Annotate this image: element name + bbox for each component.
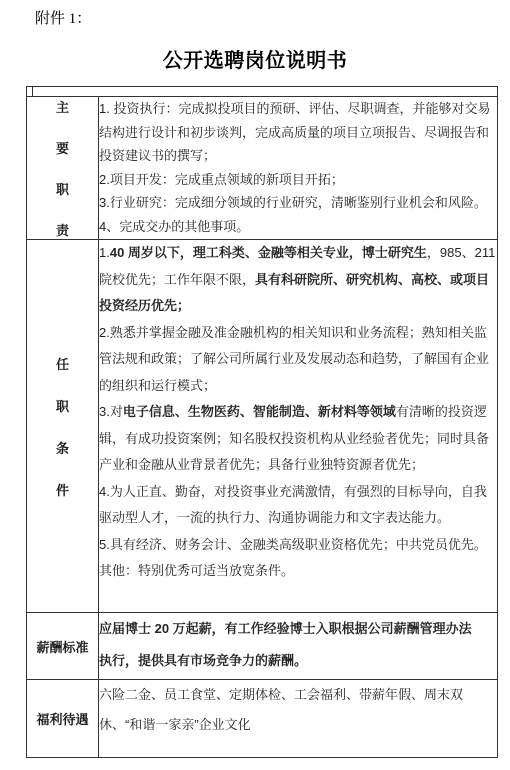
qualifications-label-text: 任职条件 bbox=[27, 240, 98, 612]
text-segment: 应届博士 20 万起薪，有工作经验博士入职根据公司薪酬管理办法 bbox=[99, 621, 472, 636]
text-segment: 2.项目开发：完成重点领域的新项目开拓； bbox=[99, 172, 344, 187]
text-paragraph: 4、完成交办的其他事项。 bbox=[99, 215, 497, 239]
text-paragraph: 2.项目开发：完成重点领域的新项目开拓； bbox=[99, 168, 497, 192]
qualifications-content: 1.40 周岁以下，理工科类、金融等相关专业，博士研究生，985、211 院校优… bbox=[99, 240, 498, 613]
text-paragraph: 1.40 周岁以下，理工科类、金融等相关专业，博士研究生，985、211 院校优… bbox=[99, 240, 497, 320]
text-segment: 电子信息、生物医药、智能制造、新材料等领域 bbox=[123, 404, 396, 419]
spacer-cell-right bbox=[33, 87, 498, 97]
table-row-salary: 薪酬标准 应届博士 20 万起薪，有工作经验博士入职根据公司薪酬管理办法执行，提… bbox=[27, 613, 498, 680]
welfare-label-text: 福利待遇 bbox=[27, 709, 98, 728]
text-paragraph: 1. 投资执行：完成拟投项目的预研、评估、尽职调查，并能够对交易结构进行设计和初… bbox=[99, 97, 497, 168]
text-segment: 3.行业研究：完成细分领域的行业研究，清晰鉴别行业机会和风险。 bbox=[99, 195, 487, 210]
welfare-label: 福利待遇 bbox=[27, 680, 99, 758]
duties-label: 主要职责 bbox=[27, 97, 99, 240]
text-segment: 六险二金、员工食堂、定期体检、工会福利、带薪年假、周末双休、“和谐一家亲”企业文… bbox=[99, 687, 463, 732]
table-row-welfare: 福利待遇 六险二金、员工食堂、定期体检、工会福利、带薪年假、周末双休、“和谐一家… bbox=[27, 680, 498, 758]
text-paragraph: 六险二金、员工食堂、定期体检、工会福利、带薪年假、周末双休、“和谐一家亲”企业文… bbox=[99, 680, 497, 740]
text-segment: 其他：特别优秀可适当放宽条件。 bbox=[99, 563, 294, 578]
label-char: 职 bbox=[56, 396, 69, 415]
salary-content: 应届博士 20 万起薪，有工作经验博士入职根据公司薪酬管理办法执行，提供具有市场… bbox=[99, 613, 498, 680]
text-segment: 40 周岁以下，理工科类、金融等相关专业，博士研究生 bbox=[110, 245, 427, 260]
table-row-spacer bbox=[27, 87, 498, 97]
label-char: 要 bbox=[56, 138, 69, 157]
text-segment: 5.具有经济、财务会计、金融类高级职业资格优先；中共党员优先。 bbox=[99, 537, 487, 552]
duties-label-text: 主要职责 bbox=[27, 97, 98, 239]
table-row-qualifications: 任职条件 1.40 周岁以下，理工科类、金融等相关专业，博士研究生，985、21… bbox=[27, 240, 498, 613]
table-row-duties: 主要职责 1. 投资执行：完成拟投项目的预研、评估、尽职调查，并能够对交易结构进… bbox=[27, 97, 498, 240]
text-paragraph: 3.对电子信息、生物医药、智能制造、新材料等领域有清晰的投资逻辑，有成功投资案例… bbox=[99, 399, 497, 479]
text-segment: 执行，提供具有市场竞争力的薪酬。 bbox=[99, 653, 307, 668]
text-paragraph: 4.为人正直、勤奋，对投资事业充满激情，有强烈的目标导向，自我驱动型人才，一流的… bbox=[99, 479, 497, 532]
position-table: 主要职责 1. 投资执行：完成拟投项目的预研、评估、尽职调查，并能够对交易结构进… bbox=[26, 86, 498, 758]
label-char: 任 bbox=[56, 354, 69, 373]
text-paragraph: 执行，提供具有市场竞争力的薪酬。 bbox=[99, 645, 497, 677]
attachment-label: 附件 1： bbox=[35, 7, 91, 28]
label-char: 职 bbox=[56, 179, 69, 198]
welfare-content: 六险二金、员工食堂、定期体检、工会福利、带薪年假、周末双休、“和谐一家亲”企业文… bbox=[99, 680, 498, 758]
text-segment: 1. bbox=[99, 245, 110, 260]
text-paragraph: 3.行业研究：完成细分领域的行业研究，清晰鉴别行业机会和风险。 bbox=[99, 191, 497, 215]
label-char: 责 bbox=[56, 220, 69, 239]
page-title: 公开选聘岗位说明书 bbox=[0, 44, 510, 73]
label-char: 条 bbox=[56, 438, 69, 457]
qualifications-label: 任职条件 bbox=[27, 240, 99, 613]
text-segment: 4.为人正直、勤奋，对投资事业充满激情，有强烈的目标导向，自我驱动型人才，一流的… bbox=[99, 484, 487, 526]
text-paragraph: 应届博士 20 万起薪，有工作经验博士入职根据公司薪酬管理办法 bbox=[99, 613, 497, 645]
text-segment: 3.对 bbox=[99, 404, 123, 419]
duties-content: 1. 投资执行：完成拟投项目的预研、评估、尽职调查，并能够对交易结构进行设计和初… bbox=[99, 97, 498, 240]
text-paragraph: 2.熟悉并掌握金融及准金融机构的相关知识和业务流程；熟知相关监管法规和政策；了解… bbox=[99, 320, 497, 400]
salary-label: 薪酬标准 bbox=[27, 613, 99, 680]
text-paragraph: 5.具有经济、财务会计、金融类高级职业资格优先；中共党员优先。 bbox=[99, 532, 497, 559]
salary-label-text: 薪酬标准 bbox=[27, 637, 98, 656]
label-char: 主 bbox=[56, 97, 69, 116]
text-segment: 2.熟悉并掌握金融及准金融机构的相关知识和业务流程；熟知相关监管法规和政策；了解… bbox=[99, 325, 489, 393]
text-segment: 4、完成交办的其他事项。 bbox=[99, 219, 249, 234]
label-char: 件 bbox=[56, 480, 69, 499]
text-paragraph: 其他：特别优秀可适当放宽条件。 bbox=[99, 558, 497, 585]
text-segment: 1. 投资执行：完成拟投项目的预研、评估、尽职调查，并能够对交易结构进行设计和初… bbox=[99, 101, 490, 163]
